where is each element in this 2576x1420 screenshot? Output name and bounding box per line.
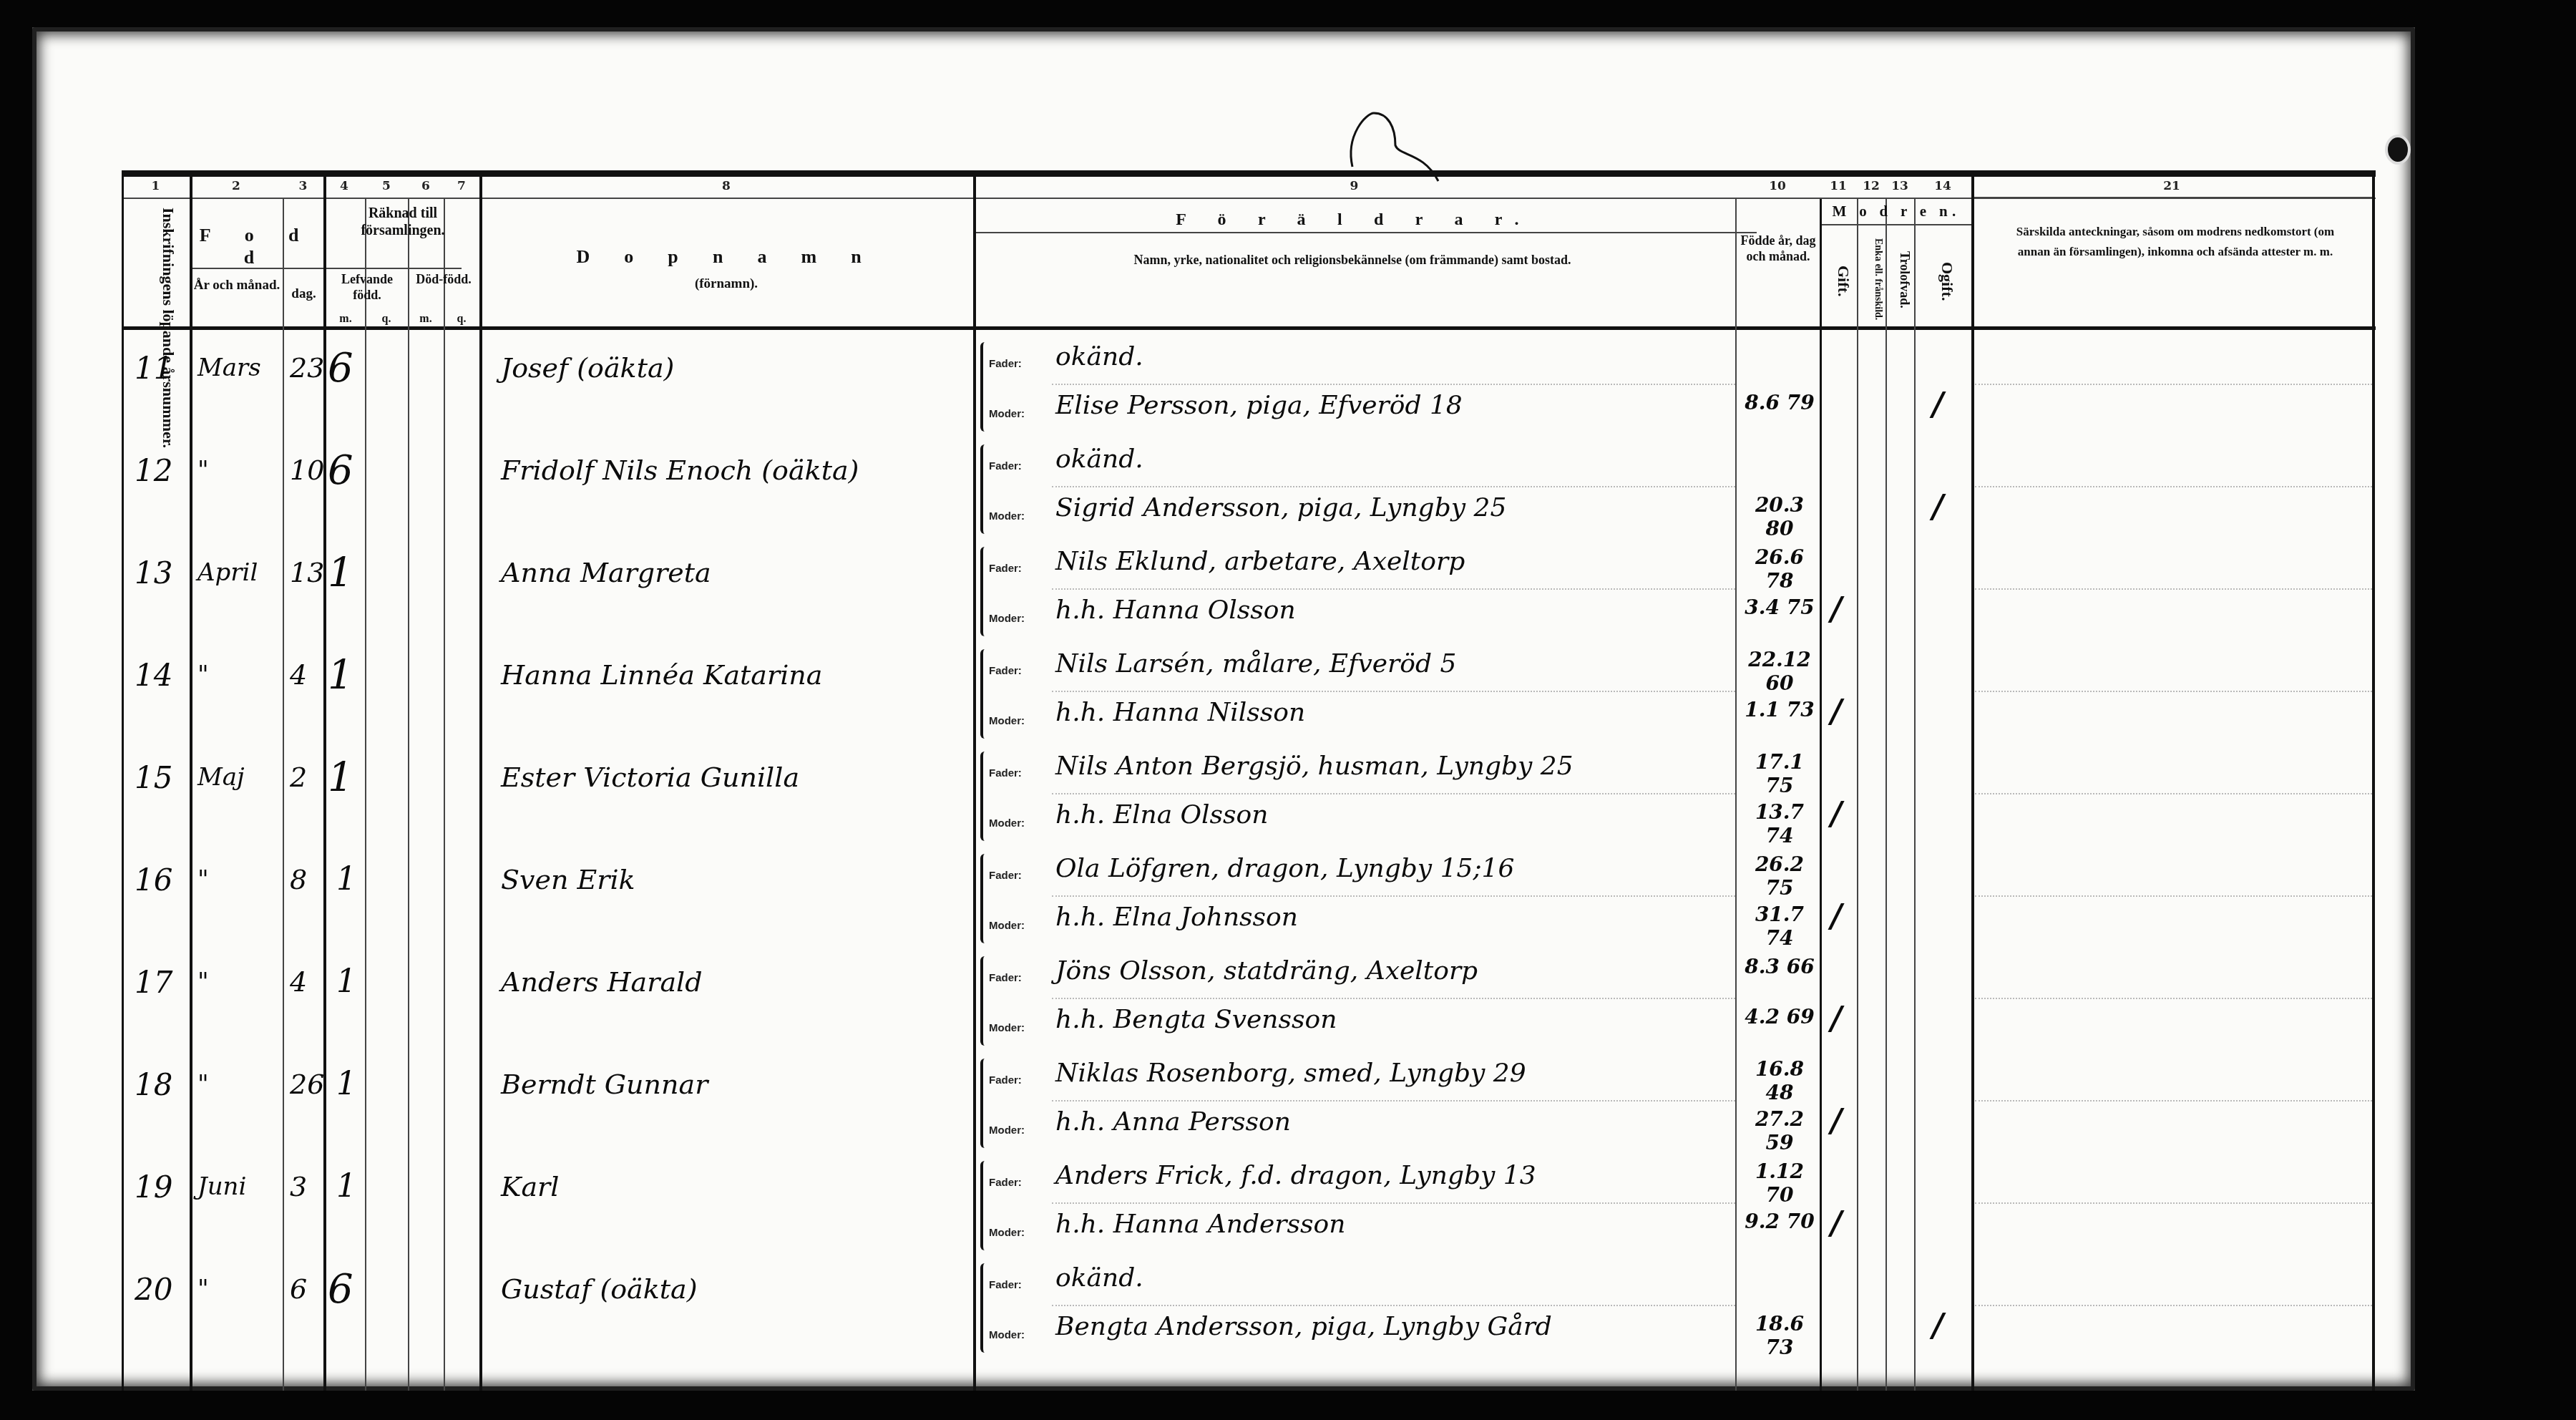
entry-number: 15 xyxy=(135,760,172,795)
header-foraldrar: F ö r ä l d r a r. xyxy=(973,210,1735,230)
moder-born: 8.6 79 xyxy=(1740,391,1819,414)
moder-label: Moder: xyxy=(989,1227,1025,1239)
entry-month: " xyxy=(197,865,209,894)
mother-status-mark: / xyxy=(1830,1001,1842,1037)
colnum-13: 13 xyxy=(1885,179,1914,193)
colnum-1: 1 xyxy=(122,179,190,193)
register-table: 1 2 3 4 5 6 7 8 9 10 11 12 13 14 21 Insk… xyxy=(122,170,2376,1391)
dopnamn: Sven Erik xyxy=(501,864,635,895)
entry-month: Maj xyxy=(197,763,245,792)
moder-label: Moder: xyxy=(989,817,1025,830)
colnum-4: 4 xyxy=(323,179,365,193)
lefvande-female: 1 xyxy=(328,754,353,801)
fader-born: 16.8 48 xyxy=(1740,1057,1819,1104)
row-dotted-rule xyxy=(1052,998,1735,999)
entry-number: 19 xyxy=(135,1169,172,1205)
row-dotted-rule xyxy=(1975,1100,2372,1102)
mother-status-mark: / xyxy=(1830,591,1842,628)
lefvande-female: 1 xyxy=(328,550,353,596)
entry-day: 2 xyxy=(290,762,307,793)
row-dotted-rule xyxy=(1052,1305,1735,1306)
header-modren: M o d r e n. xyxy=(1821,203,1971,220)
mother-status-mark: / xyxy=(1932,1308,1943,1344)
fader-born: 22.12 60 xyxy=(1740,648,1819,695)
row-dotted-rule xyxy=(1975,384,2372,385)
dopnamn: Anna Margreta xyxy=(501,557,711,588)
fader-text: okänd. xyxy=(1055,1263,1143,1293)
header-ar-och-manad: År och månad. xyxy=(193,278,280,294)
colnum-2: 2 xyxy=(190,179,283,193)
dopnamn: Josef (oäkta) xyxy=(501,352,674,384)
entry-number: 20 xyxy=(135,1272,172,1307)
modren-rule xyxy=(1821,224,1971,225)
moder-label: Moder: xyxy=(989,510,1025,522)
fader-text: Ola Löfgren, dragon, Lyngby 15;16 xyxy=(1055,854,1514,883)
row-dotted-rule xyxy=(1975,588,2372,590)
header-dag: dag. xyxy=(284,286,323,303)
moder-label: Moder: xyxy=(989,1124,1025,1137)
moder-born: 27.2 59 xyxy=(1740,1107,1819,1154)
header-ogift: Ogift. xyxy=(1931,242,1956,321)
entry-month: Juni xyxy=(197,1172,246,1201)
row-dotted-rule xyxy=(1052,588,1735,590)
header-fodd: F o d d xyxy=(190,224,323,268)
moder-born: 9.2 70 xyxy=(1740,1210,1819,1233)
register-page: 1 2 3 4 5 6 7 8 9 10 11 12 13 14 21 Insk… xyxy=(32,27,2415,1391)
top-rule xyxy=(122,170,2376,177)
moder-label: Moder: xyxy=(989,1022,1025,1034)
header-fodde: Födde år, dag och månad. xyxy=(1737,233,1820,264)
fader-text: Nils Eklund, arbetare, Axeltorp xyxy=(1055,547,1465,576)
entry-month: Mars xyxy=(197,354,261,382)
fader-label: Fader: xyxy=(989,1279,1022,1291)
row-dotted-rule xyxy=(1052,384,1735,385)
header-dodfodd-m: m. xyxy=(408,312,444,326)
colnum-7: 7 xyxy=(444,179,479,193)
lefvande-male: 1 xyxy=(336,1168,356,1205)
fader-born: 1.12 70 xyxy=(1740,1159,1819,1207)
colnum-8: 8 xyxy=(479,179,973,193)
entry-month: " xyxy=(197,968,209,996)
lefvande-female: 6 xyxy=(328,447,353,494)
row-dotted-rule xyxy=(1052,895,1735,897)
moder-text: h.h. Hanna Olsson xyxy=(1055,595,1296,625)
colnum-14: 14 xyxy=(1914,179,1971,193)
mother-status-mark: / xyxy=(1830,694,1842,730)
entry-day: 23 xyxy=(290,352,324,384)
row-dotted-rule xyxy=(1052,691,1735,692)
header-dodfodd: Död-född. xyxy=(408,272,479,288)
moder-born: 18.6 73 xyxy=(1740,1312,1819,1359)
row-dotted-rule xyxy=(1975,691,2372,692)
header-sarskilda: Särskilda anteckningar, såsom om modrens… xyxy=(2011,222,2340,262)
fader-born: 8.3 66 xyxy=(1740,955,1819,978)
fader-label: Fader: xyxy=(989,1074,1022,1086)
parents-brace xyxy=(980,854,987,943)
entry-day: 13 xyxy=(290,557,324,588)
moder-born: 4.2 69 xyxy=(1740,1005,1819,1028)
entry-number: 13 xyxy=(135,555,172,590)
entry-number: 12 xyxy=(135,453,172,488)
moder-text: h.h. Anna Persson xyxy=(1055,1107,1291,1137)
lefvande-female: 1 xyxy=(328,652,353,699)
entry-number: 17 xyxy=(135,965,172,1000)
row-dotted-rule xyxy=(1052,1100,1735,1102)
fader-text: Anders Frick, f.d. dragon, Lyngby 13 xyxy=(1055,1161,1536,1190)
dopnamn: Ester Victoria Gunilla xyxy=(501,762,799,793)
parents-brace xyxy=(980,444,987,534)
fader-text: Nils Anton Bergsjö, husman, Lyngby 25 xyxy=(1055,752,1574,781)
dopnamn: Hanna Linnéa Katarina xyxy=(501,659,822,691)
fader-text: Niklas Rosenborg, smed, Lyngby 29 xyxy=(1055,1059,1526,1088)
lefvande-male: 1 xyxy=(336,963,356,1000)
dopnamn: Berndt Gunnar xyxy=(501,1069,708,1100)
moder-label: Moder: xyxy=(989,920,1025,932)
entry-day: 3 xyxy=(290,1171,307,1202)
header-lefvande-m: m. xyxy=(326,312,365,326)
dopnamn: Anders Harald xyxy=(501,966,703,998)
entry-month: April xyxy=(197,558,258,587)
mother-status-mark: / xyxy=(1932,386,1943,423)
row-dotted-rule xyxy=(1052,793,1735,794)
parents-brace xyxy=(980,547,987,636)
header-gift: Gift. xyxy=(1827,242,1853,321)
foraldrar-rule xyxy=(973,232,1757,233)
header-arsnummer: Inskrifningens löpande årsnummer. xyxy=(135,208,177,322)
entry-day: 8 xyxy=(290,864,307,895)
fader-text: Nils Larsén, målare, Efveröd 5 xyxy=(1055,649,1456,679)
fader-label: Fader: xyxy=(989,972,1022,984)
moder-text: h.h. Elna Olsson xyxy=(1055,800,1268,830)
parents-brace xyxy=(980,1161,987,1250)
header-dopnamn: D o p n a m n xyxy=(479,245,973,268)
moder-text: h.h. Elna Johnsson xyxy=(1055,903,1298,932)
fader-text: okänd. xyxy=(1055,444,1143,474)
moder-text: h.h. Hanna Andersson xyxy=(1055,1210,1345,1239)
moder-label: Moder: xyxy=(989,408,1025,420)
header-enka: Enka ell. frånskild. xyxy=(1859,235,1883,324)
fader-born: 17.1 75 xyxy=(1740,750,1819,797)
entry-day: 10 xyxy=(290,454,324,486)
dopnamn: Gustaf (oäkta) xyxy=(501,1273,698,1305)
colnum-6: 6 xyxy=(408,179,444,193)
row-dotted-rule xyxy=(1975,1305,2372,1306)
moder-text: h.h. Hanna Nilsson xyxy=(1055,698,1305,727)
lefvande-female: 6 xyxy=(328,1266,353,1313)
fader-label: Fader: xyxy=(989,460,1022,472)
fader-label: Fader: xyxy=(989,563,1022,575)
colnum-3: 3 xyxy=(283,179,323,193)
entry-number: 16 xyxy=(135,862,172,898)
dopnamn: Karl xyxy=(501,1171,559,1202)
dopnamn: Fridolf Nils Enoch (oäkta) xyxy=(501,454,859,486)
fader-label: Fader: xyxy=(989,870,1022,882)
punch-hole-icon xyxy=(2385,135,2411,165)
fader-label: Fader: xyxy=(989,358,1022,370)
lefvande-male: 1 xyxy=(336,861,356,898)
fader-text: Jöns Olsson, statdräng, Axeltorp xyxy=(1055,956,1478,986)
entry-day: 26 xyxy=(290,1069,324,1100)
header-lefvande: Lefvande född. xyxy=(326,272,408,303)
fader-label: Fader: xyxy=(989,665,1022,677)
entry-day: 4 xyxy=(290,966,307,998)
parents-brace xyxy=(980,342,987,432)
parents-brace xyxy=(980,649,987,739)
lefvande-female: 6 xyxy=(328,345,353,392)
fader-text: okänd. xyxy=(1055,342,1143,371)
row-dotted-rule xyxy=(1052,486,1735,487)
col21-rule xyxy=(1971,197,2372,198)
colnum-12: 12 xyxy=(1857,179,1885,193)
mother-status-mark: / xyxy=(1932,489,1943,525)
header-dodfodd-q: q. xyxy=(444,312,479,326)
header-trolofvad: Trolofvad. xyxy=(1888,235,1912,324)
colnum-10: 10 xyxy=(1735,179,1820,193)
header-lefvande-q: q. xyxy=(365,312,408,326)
moder-born: 13.7 74 xyxy=(1740,800,1819,847)
entry-number: 11 xyxy=(135,351,172,386)
header-fornamn: (förnamn). xyxy=(479,276,973,293)
moder-born: 1.1 73 xyxy=(1740,698,1819,721)
moder-text: h.h. Bengta Svensson xyxy=(1055,1005,1337,1034)
header-bottom-rule xyxy=(122,326,2376,330)
row-dotted-rule xyxy=(1975,998,2372,999)
entry-day: 4 xyxy=(290,659,307,691)
parents-brace xyxy=(980,1059,987,1148)
fader-born: 26.6 78 xyxy=(1740,545,1819,593)
parents-brace xyxy=(980,752,987,841)
parents-brace xyxy=(980,1263,987,1353)
parents-brace xyxy=(980,956,987,1046)
fader-born: 26.2 75 xyxy=(1740,852,1819,900)
moder-label: Moder: xyxy=(989,1329,1025,1341)
entry-number: 18 xyxy=(135,1067,172,1102)
row-dotted-rule xyxy=(1975,486,2372,487)
row-dotted-rule xyxy=(1975,895,2372,897)
moder-text: Sigrid Andersson, piga, Lyngby 25 xyxy=(1055,493,1506,522)
entry-day: 6 xyxy=(290,1273,307,1305)
entry-month: " xyxy=(197,1070,209,1099)
entry-number: 14 xyxy=(135,658,172,693)
moder-born: 31.7 74 xyxy=(1740,903,1819,950)
moder-text: Bengta Andersson, piga, Lyngby Gård xyxy=(1055,1312,1552,1341)
mother-status-mark: / xyxy=(1830,796,1842,832)
entry-month: " xyxy=(197,1275,209,1303)
row-dotted-rule xyxy=(1052,1202,1735,1204)
fader-label: Fader: xyxy=(989,767,1022,779)
entry-month: " xyxy=(197,456,209,485)
moder-born: 3.4 75 xyxy=(1740,595,1819,619)
colnum-5: 5 xyxy=(365,179,408,193)
row-dotted-rule xyxy=(1975,1202,2372,1204)
header-foraldrar-sub: Namn, yrke, nationalitet och religionsbe… xyxy=(1073,253,1631,268)
mother-status-mark: / xyxy=(1830,898,1842,935)
colnum-11: 11 xyxy=(1820,179,1857,193)
fader-label: Fader: xyxy=(989,1177,1022,1189)
moder-label: Moder: xyxy=(989,715,1025,727)
moder-text: Elise Persson, piga, Efveröd 18 xyxy=(1055,391,1463,420)
colnum-9: 9 xyxy=(973,179,1735,193)
moder-label: Moder: xyxy=(989,613,1025,625)
colnum-21: 21 xyxy=(1971,179,2372,193)
row-dotted-rule xyxy=(1975,793,2372,794)
mother-status-mark: / xyxy=(1830,1205,1842,1242)
mother-status-mark: / xyxy=(1830,1103,1842,1139)
moder-born: 20.3 80 xyxy=(1740,493,1819,540)
header-raknad: Räknad till församlingen. xyxy=(326,205,479,239)
entry-month: " xyxy=(197,661,209,689)
lefvande-male: 1 xyxy=(336,1066,356,1102)
